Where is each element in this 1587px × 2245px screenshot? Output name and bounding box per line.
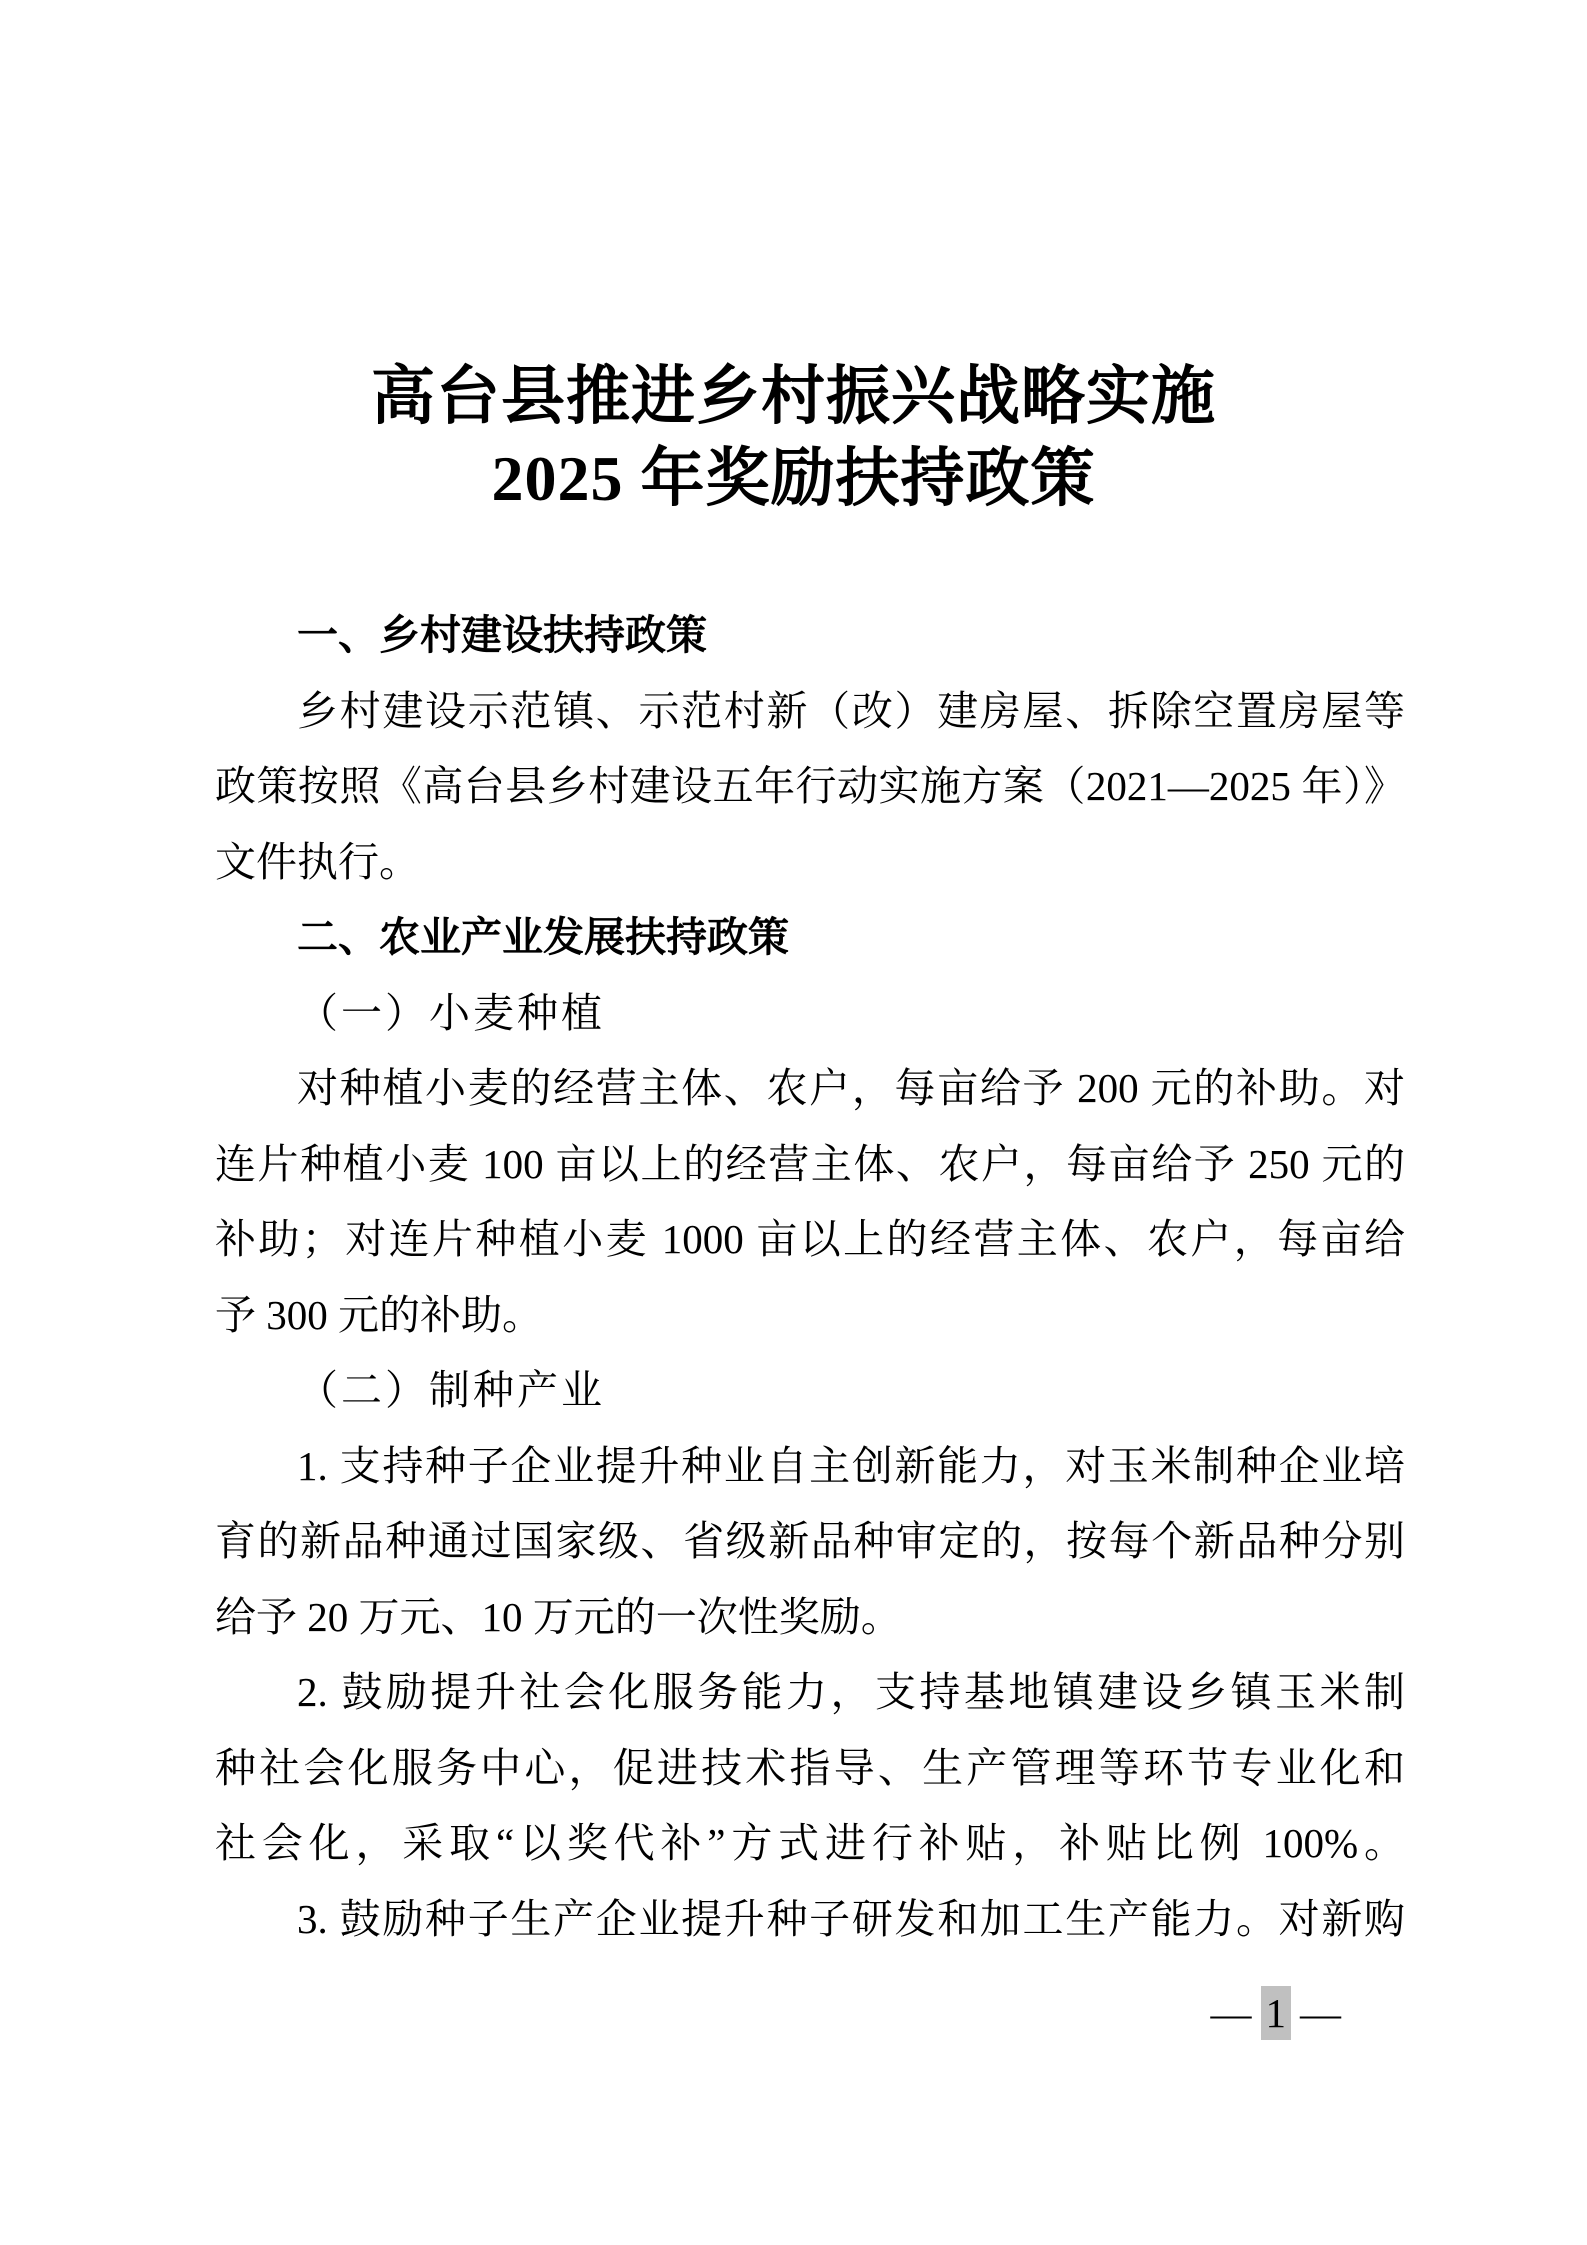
document-page: 高台县推进乡村振兴战略实施 2025 年奖励扶持政策 一、乡村建设扶持政策乡村建…: [0, 0, 1587, 2245]
body-line: 给予 20 万元、10 万元的一次性奖励。: [215, 1580, 1405, 1656]
body-line: 予 300 元的补助。: [215, 1278, 1405, 1354]
footer-dash-left: —: [1211, 1987, 1252, 2039]
body-line: 2. 鼓励提升社会化服务能力，支持基地镇建设乡镇玉米制: [215, 1655, 1405, 1731]
page-footer: — 1 —: [1211, 1986, 1342, 2040]
document-title-line-2: 2025 年奖励扶持政策: [0, 438, 1587, 520]
body-line: 种社会化服务中心，促进技术指导、生产管理等环节专业化和: [215, 1731, 1405, 1807]
body-line: 连片种植小麦 100 亩以上的经营主体、农户，每亩给予 250 元的: [215, 1127, 1405, 1203]
body-line: 育的新品种通过国家级、省级新品种审定的，按每个新品种分别: [215, 1504, 1405, 1580]
document-title: 高台县推进乡村振兴战略实施 2025 年奖励扶持政策: [0, 356, 1587, 520]
document-title-line-1: 高台县推进乡村振兴战略实施: [0, 356, 1587, 438]
section-heading-1: 一、乡村建设扶持政策: [215, 598, 1405, 674]
body-line: 文件执行。: [215, 825, 1405, 901]
document-body: 一、乡村建设扶持政策乡村建设示范镇、示范村新（改）建房屋、拆除空置房屋等政策按照…: [215, 598, 1405, 1957]
subsection-heading-2-1: （一）小麦种植: [215, 976, 1405, 1052]
footer-dash-right: —: [1300, 1987, 1341, 2039]
body-line: 乡村建设示范镇、示范村新（改）建房屋、拆除空置房屋等: [215, 674, 1405, 750]
body-line: 3. 鼓励种子生产企业提升种子研发和加工生产能力。对新购: [215, 1882, 1405, 1958]
body-line: 1. 支持种子企业提升种业自主创新能力，对玉米制种企业培: [215, 1429, 1405, 1505]
subsection-heading-2-2: （二）制种产业: [215, 1353, 1405, 1429]
body-line: 补助；对连片种植小麦 1000 亩以上的经营主体、农户，每亩给: [215, 1202, 1405, 1278]
body-line: 对种植小麦的经营主体、农户，每亩给予 200 元的补助。对: [215, 1051, 1405, 1127]
body-line: 政策按照《高台县乡村建设五年行动实施方案（2021—2025 年）》: [215, 749, 1405, 825]
body-line: 社会化，采取“以奖代补”方式进行补贴，补贴比例 100%。: [215, 1806, 1405, 1882]
page-number: 1: [1261, 1986, 1292, 2040]
section-heading-2: 二、农业产业发展扶持政策: [215, 900, 1405, 976]
